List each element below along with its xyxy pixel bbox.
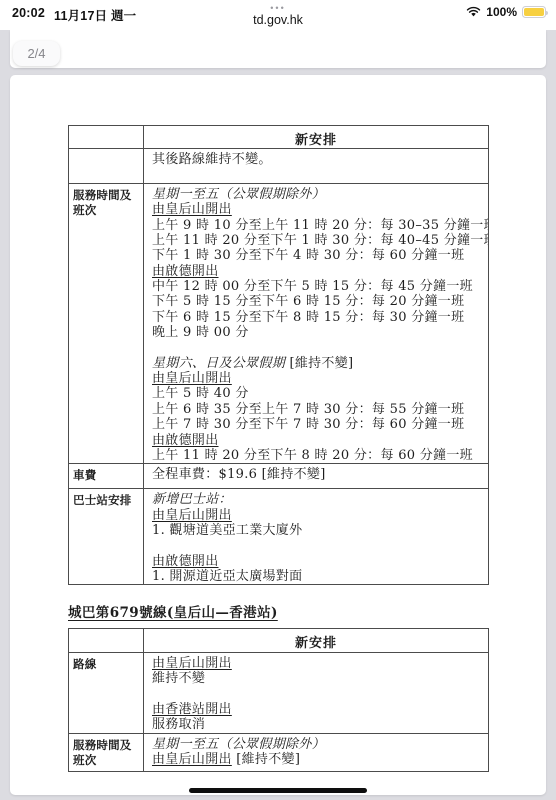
table-row: 服務時間及班次 星期一至五（公眾假期除外） 由皇后山開出 上午 9 時 10 分… bbox=[69, 184, 489, 464]
from-queens-hill-heading: 由皇后山開出 bbox=[152, 202, 485, 217]
arrangement-table-2: 新安排 路線 由皇后山開出 維持不變 由香港站開出 服務取消 服務時間及班次 星… bbox=[68, 628, 489, 772]
route-679-heading: 城巴第679號線(皇后山—香港站) bbox=[68, 601, 278, 621]
schedule-line: 中午 12 時 00 分至下午 5 時 15 分：每 45 分鐘一班 bbox=[152, 279, 485, 294]
continuation-cell: 其後路線維持不變。 bbox=[144, 149, 489, 184]
weekend-heading-line: 星期六、日及公眾假期 [維持不變] bbox=[152, 356, 485, 371]
route-status: 服務取消 bbox=[152, 717, 485, 732]
empty-header-cell bbox=[69, 629, 144, 653]
from-queens-hill-heading: 由皇后山開出 bbox=[152, 371, 485, 386]
fare-value: 全程車費：$19.6 [維持不變] bbox=[152, 467, 485, 482]
table-header-row: 新安排 bbox=[69, 629, 489, 653]
blank-line bbox=[152, 687, 485, 702]
page-indicator-label: 2/4 bbox=[27, 46, 45, 61]
table-row: 車費 全程車費：$19.6 [維持不變] bbox=[69, 464, 489, 489]
unchanged-note: [維持不變] bbox=[232, 752, 300, 767]
from-hong-kong-heading: 由香港站開出 bbox=[152, 702, 485, 717]
table-row: 其後路線維持不變。 bbox=[69, 149, 489, 184]
arrangement-table-1: 新安排 其後路線維持不變。 服務時間及班次 星期一至五（公眾假期除外） 由皇后山… bbox=[68, 125, 489, 585]
fare-cell: 全程車費：$19.6 [維持不變] bbox=[144, 464, 489, 489]
page-indicator: 2/4 bbox=[13, 41, 60, 66]
blank-line bbox=[152, 538, 485, 553]
unchanged-note: [維持不變] bbox=[285, 356, 353, 371]
schedule-line: 上午 7 時 30 分至下午 7 時 30 分：每 60 分鐘一班 bbox=[152, 417, 485, 432]
from-kai-tak-heading: 由啟德開出 bbox=[152, 554, 485, 569]
from-kai-tak-heading: 由啟德開出 bbox=[152, 264, 485, 279]
new-stops-heading: 新增巴士站： bbox=[152, 492, 485, 507]
home-indicator[interactable] bbox=[189, 788, 367, 793]
schedule-line: 上午 11 時 20 分至下午 1 時 30 分：每 40–45 分鐘一班 bbox=[152, 233, 485, 248]
service-hours-label: 服務時間及班次 bbox=[69, 733, 144, 771]
blank-line bbox=[152, 340, 485, 355]
bus-stop-label: 巴士站安排 bbox=[69, 489, 144, 585]
schedule-line: 下午 6 時 15 分至下午 8 時 15 分：每 30 分鐘一班 bbox=[152, 310, 485, 325]
weekday-heading: 星期一至五（公眾假期除外） bbox=[152, 187, 485, 202]
schedule-line: 上午 5 時 40 分 bbox=[152, 386, 485, 401]
from-kai-tak-heading: 由啟德開出 bbox=[152, 433, 485, 448]
service-hours-cell: 星期一至五（公眾假期除外） 由皇后山開出 上午 9 時 10 分至上午 11 時… bbox=[144, 184, 489, 464]
route-cell: 由皇后山開出 維持不變 由香港站開出 服務取消 bbox=[144, 653, 489, 734]
schedule-line: 下午 5 時 15 分至下午 6 時 15 分：每 20 分鐘一班 bbox=[152, 294, 485, 309]
stop-item: 1. 開源道近亞太廣場對面 bbox=[152, 569, 485, 584]
fare-label: 車費 bbox=[69, 464, 144, 489]
new-arrangement-header: 新安排 bbox=[144, 126, 489, 149]
stop-item: 1. 觀塘道美亞工業大廈外 bbox=[152, 523, 485, 538]
weekend-heading: 星期六、日及公眾假期 bbox=[152, 356, 285, 371]
schedule-line: 上午 6 時 35 分至上午 7 時 30 分：每 55 分鐘一班 bbox=[152, 402, 485, 417]
table-row: 路線 由皇后山開出 維持不變 由香港站開出 服務取消 bbox=[69, 653, 489, 734]
battery-icon bbox=[522, 6, 546, 18]
route-label: 路線 bbox=[69, 653, 144, 734]
empty-label-cell bbox=[69, 149, 144, 184]
schedule-line: 上午 11 時 20 分至下午 8 時 20 分：每 60 分鐘一班 bbox=[152, 448, 485, 463]
from-queens-hill-heading: 由皇后山開出 bbox=[152, 656, 485, 671]
bus-stop-cell: 新增巴士站： 由皇后山開出 1. 觀塘道美亞工業大廈外 由啟德開出 1. 開源道… bbox=[144, 489, 489, 585]
route-status: 維持不變 bbox=[152, 671, 485, 686]
service-hours-label: 服務時間及班次 bbox=[69, 184, 144, 464]
service-hours-cell: 星期一至五（公眾假期除外） 由皇后山開出 [維持不變] bbox=[144, 733, 489, 771]
schedule-line: 下午 1 時 30 分至下午 4 時 30 分：每 60 分鐘一班 bbox=[152, 248, 485, 263]
wifi-icon bbox=[466, 6, 481, 18]
status-right: 100% bbox=[466, 5, 546, 19]
battery-fill bbox=[524, 8, 544, 16]
battery-percent: 100% bbox=[486, 5, 517, 19]
table-row: 巴士站安排 新增巴士站： 由皇后山開出 1. 觀塘道美亞工業大廈外 由啟德開出 … bbox=[69, 489, 489, 585]
from-queens-hill-heading: 由皇后山開出 bbox=[152, 508, 485, 523]
status-bar: 20:02 11月17日 週一 ••• td.gov.hk 100% bbox=[0, 0, 556, 30]
text-line: 其後路線維持不變。 bbox=[152, 152, 485, 167]
previous-page-bottom bbox=[10, 30, 546, 68]
from-queens-hill-line: 由皇后山開出 [維持不變] bbox=[152, 752, 485, 767]
battery-nub bbox=[546, 11, 548, 15]
weekday-heading: 星期一至五（公眾假期除外） bbox=[152, 737, 485, 752]
table-row: 服務時間及班次 星期一至五（公眾假期除外） 由皇后山開出 [維持不變] bbox=[69, 733, 489, 771]
schedule-line: 晚上 9 時 00 分 bbox=[152, 325, 485, 340]
new-arrangement-header: 新安排 bbox=[144, 629, 489, 653]
empty-header-cell bbox=[69, 126, 144, 149]
pdf-page[interactable]: 新安排 其後路線維持不變。 服務時間及班次 星期一至五（公眾假期除外） 由皇后山… bbox=[10, 75, 546, 795]
from-queens-hill-heading: 由皇后山開出 bbox=[152, 752, 232, 767]
schedule-line: 上午 9 時 10 分至上午 11 時 20 分：每 30–35 分鐘一班 bbox=[152, 218, 485, 233]
table-header-row: 新安排 bbox=[69, 126, 489, 149]
